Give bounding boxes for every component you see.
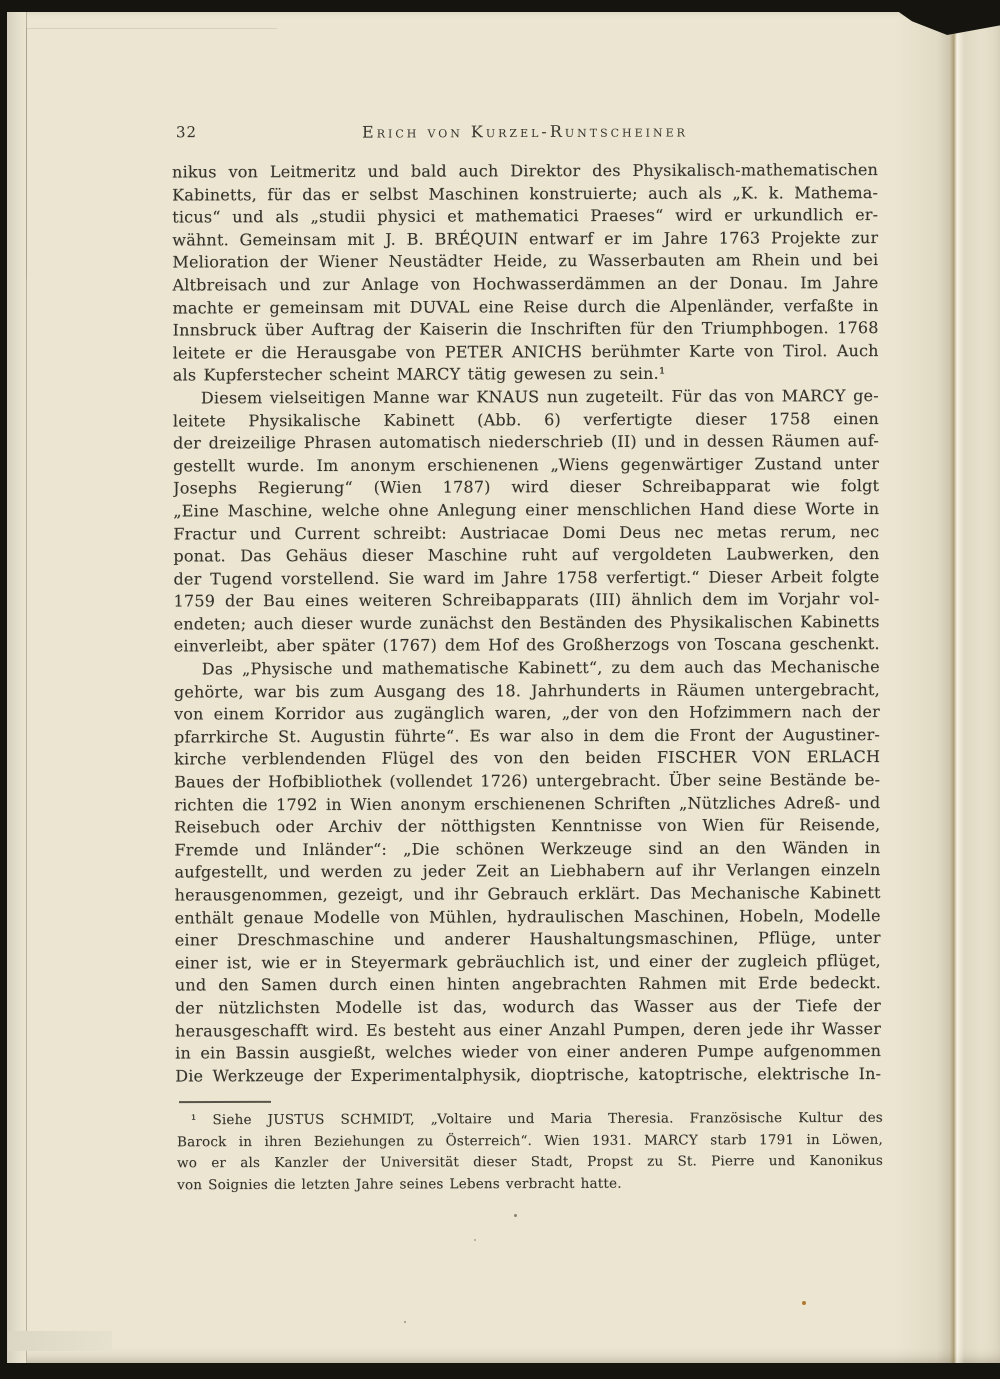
text-line: ticus“ und als „studii physici et mathem…	[172, 204, 878, 229]
text-line: gehörte, war bis zum Ausgang des 18. Jah…	[174, 679, 880, 704]
book-page: 32 Erich von Kurzel-Runtscheiner nikus v…	[7, 12, 1000, 1363]
footnote-rule	[179, 1101, 271, 1103]
text-line: nikus von Leitmeritz und bald auch Direk…	[172, 159, 878, 184]
text-line: ponat. Das Gehäus dieser Maschine ruht a…	[173, 543, 879, 568]
text-line: der Tugend vorstellend. Sie ward im Jahr…	[173, 566, 879, 591]
paper-speck	[802, 1301, 806, 1305]
text-line: Baues der Hofbibliothek (vollendet 1726)…	[174, 769, 880, 794]
text-line: ¹ Siehe JUSTUS SCHMIDT, „Voltaire und Ma…	[177, 1108, 883, 1132]
text-line: kirche verblendenden Flügel des von den …	[174, 746, 880, 771]
text-line: Josephs Regierung“ (Wien 1787) wird dies…	[173, 475, 879, 500]
text-line: als Kupferstecher scheint MARCY tätig ge…	[173, 362, 879, 387]
text-line: von Soignies die letzten Jahre seines Le…	[177, 1173, 883, 1197]
footnote: ¹ Siehe JUSTUS SCHMIDT, „Voltaire und Ma…	[177, 1108, 883, 1197]
text-line: einer Dreschmaschine und anderer Haushal…	[175, 927, 881, 952]
paper-speck	[474, 1239, 476, 1241]
text-line: Altbreisach und zur Anlage von Hochwasse…	[172, 272, 878, 297]
running-head: Erich von Kurzel-Runtscheiner	[172, 121, 878, 142]
text-line: Reisebuch oder Archiv der nötthigsten Ke…	[174, 814, 880, 839]
body-text: nikus von Leitmeritz und bald auch Direk…	[172, 159, 881, 1088]
text-line: Kabinetts, für das er selbst Maschinen k…	[172, 182, 878, 207]
body-paragraph-2: Diesem vielseitigen Manne war KNAUS nun …	[173, 385, 880, 659]
text-line: Die Werkzeuge der Experimentalphysik, di…	[175, 1063, 881, 1088]
page-content: 32 Erich von Kurzel-Runtscheiner nikus v…	[7, 12, 1000, 1363]
text-line: Barock in ihren Beziehungen zu Österreic…	[177, 1129, 883, 1153]
text-line: der nützlichsten Modelle ist das, wodurc…	[175, 995, 881, 1020]
text-line: Das „Physische und mathematische Kabinet…	[174, 656, 880, 681]
body-paragraph-1: nikus von Leitmeritz und bald auch Direk…	[172, 159, 879, 387]
text-line: endeten; auch dieser wurde zunächst den …	[174, 611, 880, 636]
text-line: Fremde und Inländer“: „Die schönen Werkz…	[174, 837, 880, 862]
text-line: der dreizeilige Phrasen automatisch nied…	[173, 430, 879, 455]
text-line: wo er als Kanzler der Universität dieser…	[177, 1151, 883, 1175]
text-line: machte er gemeinsam mit DUVAL eine Reise…	[172, 295, 878, 320]
text-line: in ein Bassin ausgießt, welches wieder v…	[175, 1040, 881, 1065]
paper-speck	[404, 1321, 406, 1323]
text-line: einverleibt, aber später (1767) dem Hof …	[174, 633, 880, 658]
text-line: enthält genaue Modelle von Mühlen, hydra…	[175, 905, 881, 930]
text-line: aufgestellt, und werden zu jeder Zeit an…	[174, 859, 880, 884]
text-line: Innsbruck über Auftrag der Kaiserin die …	[173, 317, 879, 342]
text-line: leitete Physikalische Kabinett (Abb. 6) …	[173, 408, 879, 433]
text-line: und den Samen durch einen hinten angebra…	[175, 972, 881, 997]
scanned-book-page: 32 Erich von Kurzel-Runtscheiner nikus v…	[0, 0, 1000, 1379]
body-paragraph-3: Das „Physische und mathematische Kabinet…	[174, 656, 881, 1088]
text-line: 1759 der Bau eines weiteren Schreibappar…	[174, 588, 880, 613]
text-line: „Eine Maschine, welche ohne Anlegung ein…	[173, 498, 879, 523]
text-line: gestellt wurde. Im anonym erschienenen „…	[173, 453, 879, 478]
text-line: herausgeschafft wird. Es besteht aus ein…	[175, 1018, 881, 1043]
text-line: von einem Korridor aus zugänglich waren,…	[174, 701, 880, 726]
paper-speck	[514, 1214, 517, 1217]
text-line: pfarrkirche St. Augustin führte“. Es war…	[174, 724, 880, 749]
text-line: leitete er die Herausgabe von PETER ANIC…	[173, 340, 879, 365]
text-line: einer ist, wie er in Steyermark gebräuch…	[175, 950, 881, 975]
text-line: Diesem vielseitigen Manne war KNAUS nun …	[173, 385, 879, 410]
text-line: Fractur und Current schreibt: Austriacae…	[173, 520, 879, 545]
text-line: wähnt. Gemeinsam mit J. B. BRÉQUIN entwa…	[172, 227, 878, 252]
text-line: Melioration der Wiener Neustädter Heide,…	[172, 249, 878, 274]
text-line: herausgenommen, gezeigt, und ihr Gebrauc…	[175, 882, 881, 907]
text-line: richten die 1792 in Wien anonym erschien…	[174, 792, 880, 817]
page-header: 32 Erich von Kurzel-Runtscheiner	[172, 121, 878, 145]
